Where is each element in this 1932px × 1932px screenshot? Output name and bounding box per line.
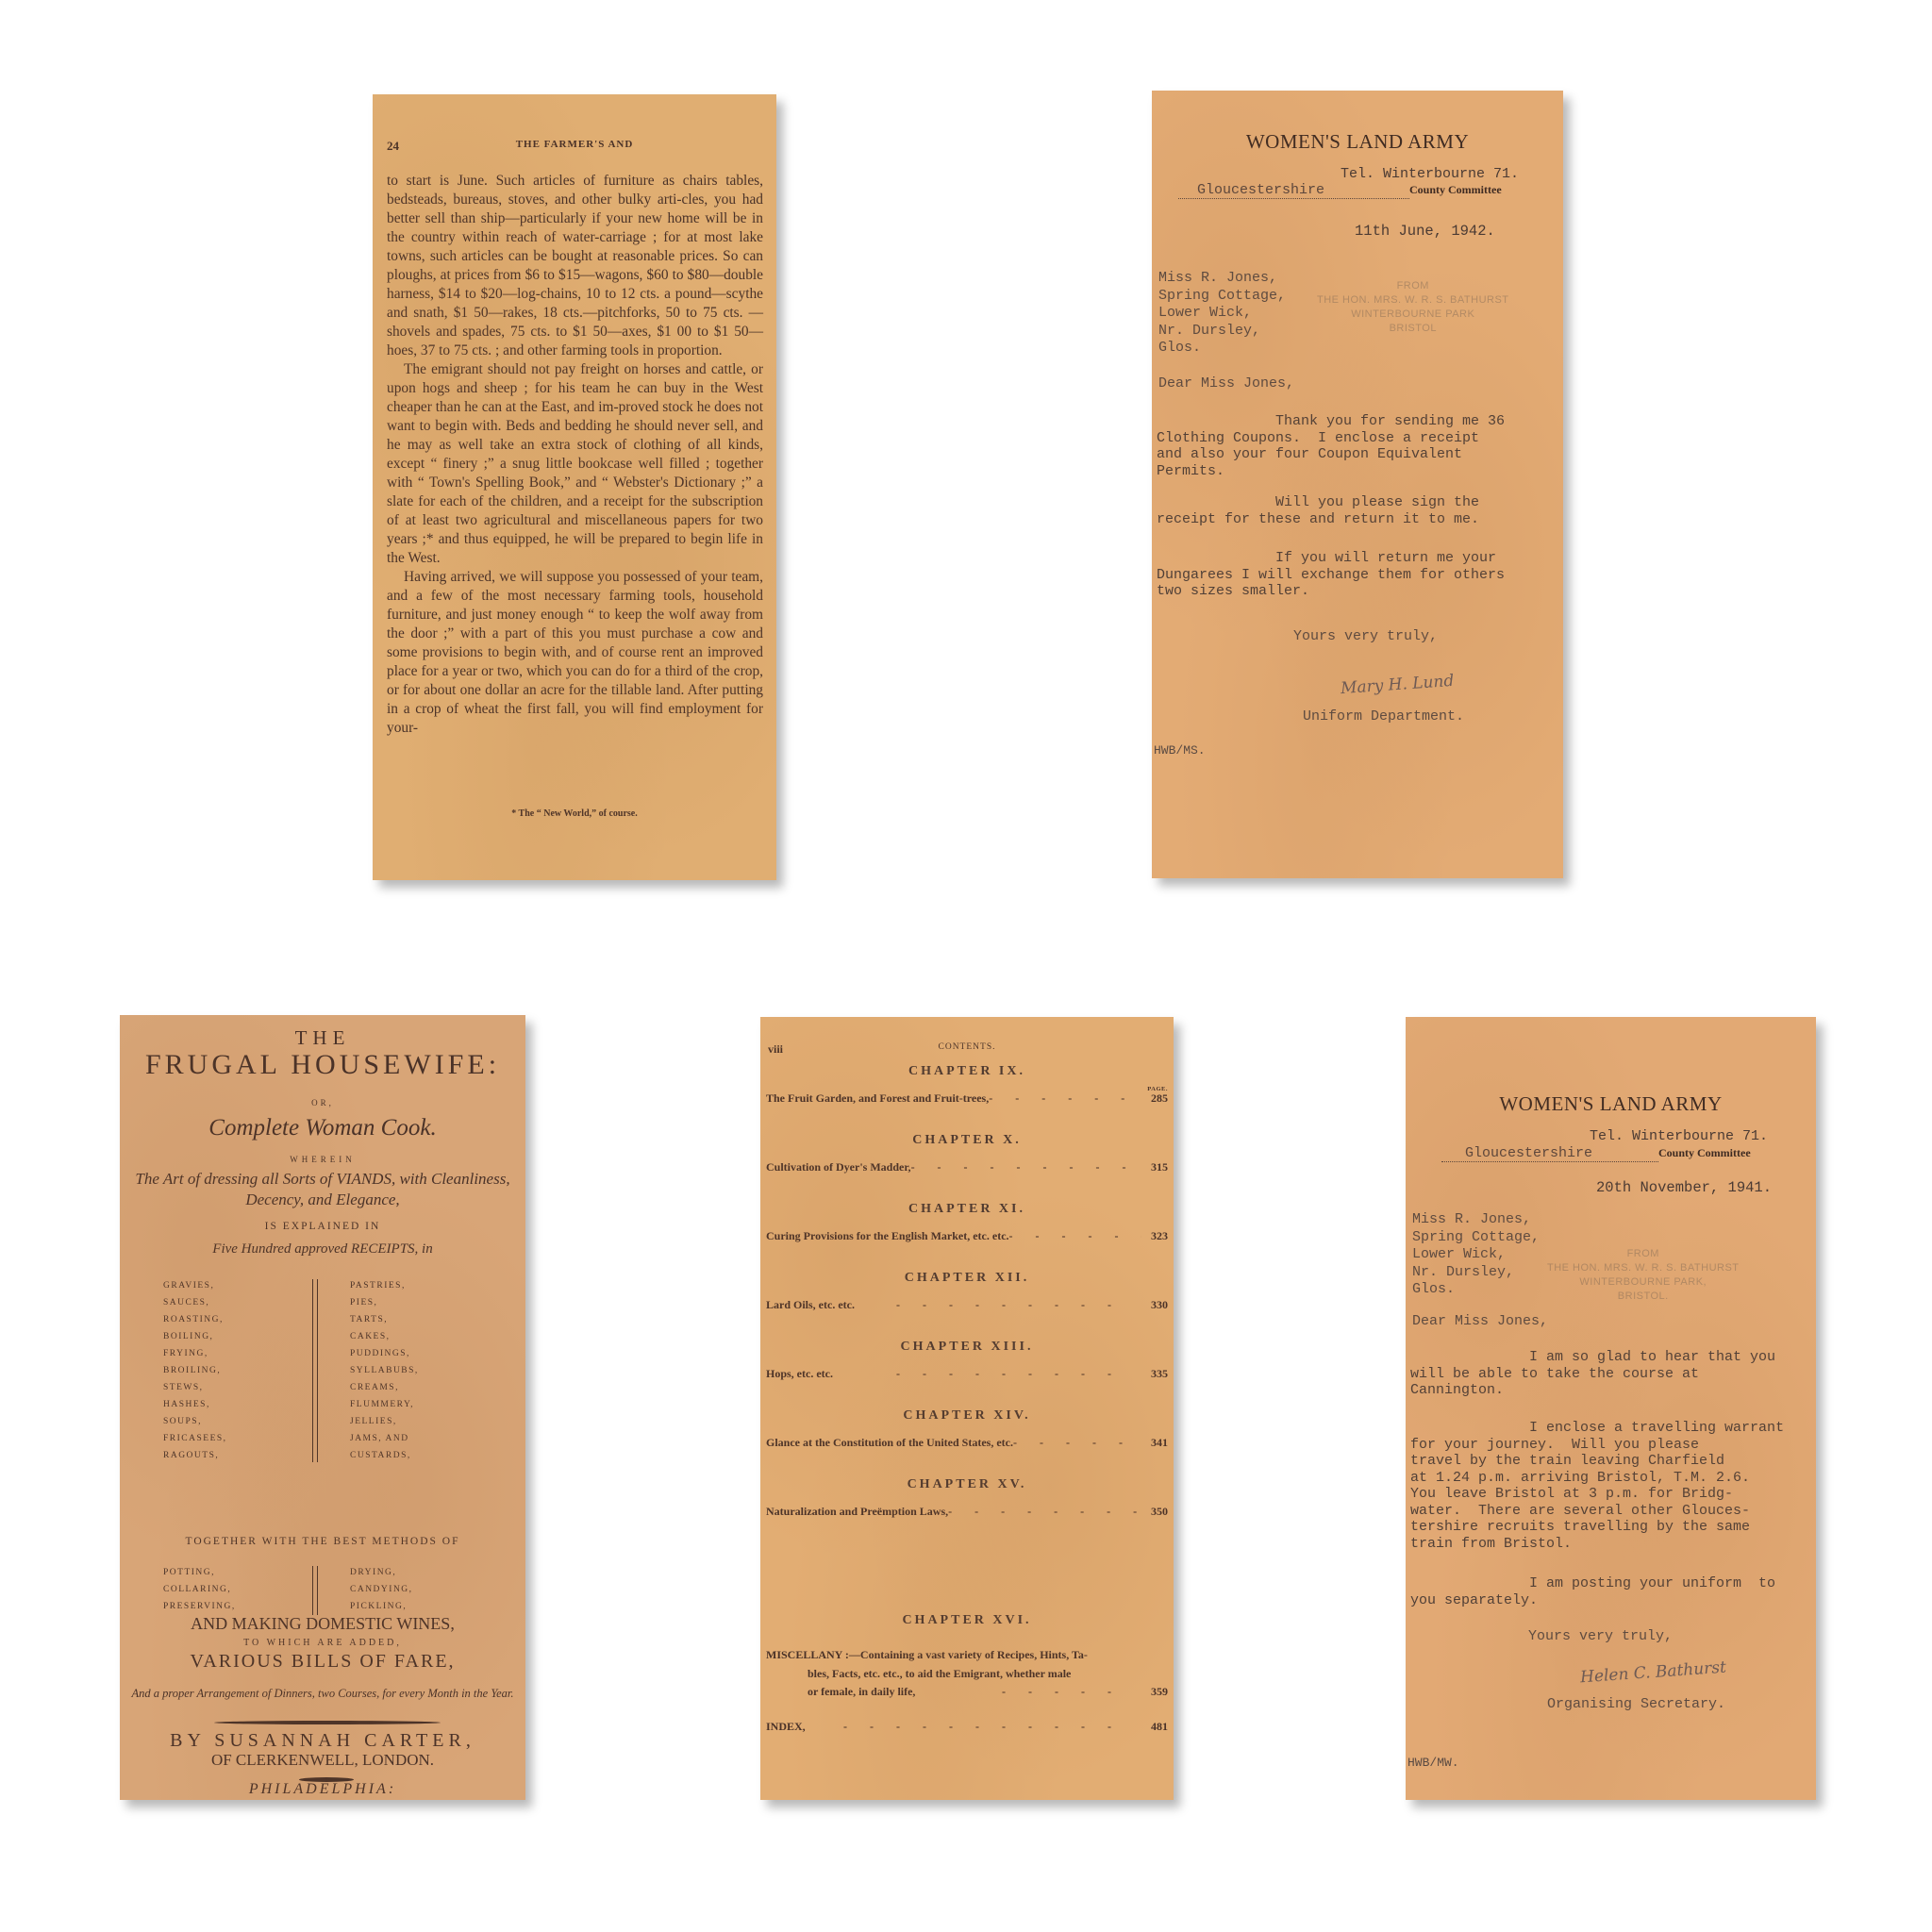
list-item: RAGOUTS, [163,1447,227,1464]
toc-entry: Curing Provisions for the English Market… [766,1229,1168,1243]
toc-entry: Naturalization and Preëmption Laws,-----… [766,1505,1168,1519]
entry-title: Naturalization and Preëmption Laws, [766,1505,948,1519]
list-item: CREAMS, [350,1379,419,1396]
methods-list-right: DRYING,CANDYING,PICKLING, [350,1564,413,1615]
miscellany-entry: MISCELLANY :—Containing a vast variety o… [766,1645,1168,1683]
list-item: STEWS, [163,1379,227,1396]
list-item: SYLLABUBS, [350,1362,419,1379]
list-item: HASHES, [163,1396,227,1413]
county-name: Gloucestershire [1178,182,1409,199]
letter-paragraph: If you will return me your Dungarees I w… [1157,550,1563,600]
running-head: THE FARMER'S AND [387,139,762,150]
county-committee-label: County Committee [1658,1146,1751,1159]
list-item: CUSTARDS, [350,1447,419,1464]
signatory-role: Organising Secretary. [1547,1696,1725,1712]
chapter-heading: CHAPTER XV. [760,1477,1174,1492]
list-item: BOILING, [163,1328,227,1345]
paragraph: The emigrant should not pay freight on h… [387,360,763,568]
entry-title: or female, in daily life, [808,1685,915,1699]
author: BY SUSANNAH CARTER, [120,1730,525,1752]
leader-dots: --------- [1009,1229,1141,1243]
closing: Yours very truly, [1528,1628,1673,1644]
to-which-added: TO WHICH ARE ADDED, [120,1638,525,1648]
letter-paragraph: I am so glad to hear that you will be ab… [1410,1349,1816,1399]
double-rule-divider [312,1566,318,1615]
list-item: JELLIES, [350,1413,419,1430]
toc-entry: Glance at the Constitution of the United… [766,1436,1168,1450]
page-body: to start is June. Such articles of furni… [387,172,763,738]
document-card-frugal-housewife: THE FRUGAL HOUSEWIFE: OR, Complete Woman… [120,1015,525,1800]
paragraph: to start is June. Such articles of furni… [387,172,763,360]
list-item: PASTRIES, [350,1277,419,1294]
list-item: POTTING, [163,1564,236,1581]
leader-dots: --------- [989,1091,1141,1106]
letter-date: 11th June, 1942. [1355,223,1495,240]
entry-title: Hops, etc. etc. [766,1367,833,1381]
entry-title: INDEX, [766,1720,806,1734]
signatory-role: Uniform Department. [1303,708,1464,724]
list-item: CANDYING, [350,1581,413,1598]
leader-dots: ----- [915,1685,1141,1699]
document-card-farmers-page: 24 THE FARMER'S AND to start is June. Su… [373,94,776,880]
leader-dots: --------- [833,1367,1141,1381]
entry-title: Cultivation of Dyer's Madder, [766,1160,911,1174]
entry-line: MISCELLANY :—Containing a vast variety o… [766,1645,1168,1664]
letter-paragraph: Will you please sign the receipt for the… [1157,494,1563,527]
entry-page: 481 [1141,1720,1168,1734]
chapter-heading: CHAPTER IX. [760,1064,1174,1079]
list-item: BROILING, [163,1362,227,1379]
letter-paragraph: I am posting your uniform to you separat… [1410,1575,1816,1608]
entry-line: bles, Facts, etc. etc., to aid the Emigr… [766,1664,1168,1683]
chapter-heading: CHAPTER XI. [760,1202,1174,1217]
arrangement: And a proper Arrangement of Dinners, two… [120,1685,525,1702]
double-rule-divider [312,1279,318,1462]
toc-entry: The Fruit Garden, and Forest and Fruit-t… [766,1091,1168,1106]
explained-in: IS EXPLAINED IN [120,1221,525,1232]
entry-page: 335 [1141,1367,1168,1381]
entry-page: 285 [1141,1091,1168,1106]
leader-dots: --------- [1013,1436,1141,1450]
list-item: PIES, [350,1294,419,1311]
recipe-list-left: GRAVIES,SAUCES,ROASTING,BOILING,FRYING,B… [163,1277,227,1464]
chapter-heading: CHAPTER X. [760,1133,1174,1148]
salutation: Dear Miss Jones, [1158,375,1294,391]
entry-page: 323 [1141,1229,1168,1243]
reference-code: HWB/MW. [1407,1756,1459,1770]
entry-page: 350 [1141,1505,1168,1519]
chapter-heading: CHAPTER XIV. [760,1408,1174,1424]
bills-of-fare: VARIOUS BILLS OF FARE, [120,1651,525,1673]
book-title: FRUGAL HOUSEWIFE: [120,1049,525,1081]
title-or: OR, [120,1098,525,1108]
leader-dots: --------- [948,1505,1141,1519]
entry-title: Glance at the Constitution of the United… [766,1436,1013,1450]
title-the: THE [120,1026,525,1050]
document-card-letter-november-1941: WOMEN'S LAND ARMY Tel. Winterbourne 71. … [1406,1017,1816,1800]
sender-stamp: FROM THE HON. MRS. W. R. S. BATHURST WIN… [1547,1247,1740,1304]
chapter-heading: CHAPTER XII. [760,1271,1174,1286]
list-item: JAMS, AND [350,1430,419,1447]
salutation: Dear Miss Jones, [1412,1313,1548,1329]
entry-page: 341 [1141,1436,1168,1450]
reference-code: HWB/MS. [1154,743,1206,758]
leader-dots: --------- [855,1298,1141,1312]
telephone: Tel. Winterbourne 71. [1590,1128,1768,1144]
entry-title: Lard Oils, etc. etc. [766,1298,855,1312]
signature: Mary H. Lund [1340,672,1454,698]
letterhead: WOMEN'S LAND ARMY [1406,1092,1816,1116]
list-item: FRICASEES, [163,1430,227,1447]
city: PHILADELPHIA: [120,1781,525,1798]
recipient-address: Miss R. Jones, Spring Cottage, Lower Wic… [1158,270,1286,358]
toc-entry: Lard Oils, etc. etc.---------330 [766,1298,1168,1312]
list-item: PUDDINGS, [350,1345,419,1362]
entry-page: 330 [1141,1298,1168,1312]
closing: Yours very truly, [1293,628,1438,644]
document-card-contents-page: viii CONTENTS. PAGE. CHAPTER IX.The Frui… [760,1017,1174,1800]
letterhead: WOMEN'S LAND ARMY [1152,130,1563,154]
county-line: GloucestershireCounty Committee [1178,182,1502,199]
ornamental-rule [214,1721,441,1724]
list-item: ROASTING, [163,1311,227,1328]
art-description: The Art of dressing all Sorts of VIANDS,… [120,1169,525,1210]
book-subtitle: Complete Woman Cook. [120,1115,525,1141]
chapter-heading: CHAPTER XVI. [760,1613,1174,1628]
recipient-address: Miss R. Jones, Spring Cottage, Lower Wic… [1412,1211,1540,1299]
toc-entry: Cultivation of Dyer's Madder,---------31… [766,1160,1168,1174]
list-item: FRYING, [163,1345,227,1362]
methods-list-left: POTTING,COLLARING,PRESERVING, [163,1564,236,1615]
toc-entry: Hops, etc. etc.---------335 [766,1367,1168,1381]
chapter-heading: CHAPTER XIII. [760,1340,1174,1355]
county-line: GloucestershireCounty Committee [1441,1145,1751,1162]
wherein: WHEREIN [120,1155,525,1164]
domestic-wines: AND MAKING DOMESTIC WINES, [120,1614,525,1634]
county-committee-label: County Committee [1409,183,1502,196]
leader-dots: --------- [911,1160,1141,1174]
list-item: SOUPS, [163,1413,227,1430]
receipts-line: Five Hundred approved RECEIPTS, in [120,1241,525,1257]
list-item: SAUCES, [163,1294,227,1311]
entry-title: Curing Provisions for the English Market… [766,1229,1009,1243]
paragraph: Having arrived, we will suppose you poss… [387,568,763,738]
leader-dots: ----------- [806,1720,1141,1734]
sender-stamp: FROM THE HON. MRS. W. R. S. BATHURST WIN… [1317,279,1509,336]
toc-entry: or female, in daily life, ----- 359 [808,1685,1168,1699]
document-card-letter-june-1942: WOMEN'S LAND ARMY Tel. Winterbourne 71. … [1152,91,1563,878]
letter-paragraph: Thank you for sending me 36 Clothing Cou… [1157,413,1563,479]
toc-entry-index: INDEX, ----------- 481 [766,1720,1168,1734]
letter-paragraph: I enclose a travelling warrant for your … [1410,1420,1816,1552]
entry-page: 315 [1141,1160,1168,1174]
entry-page: 359 [1141,1685,1168,1699]
running-head: CONTENTS. [764,1042,1170,1052]
running-header: 24 THE FARMER'S AND [387,139,762,158]
telephone: Tel. Winterbourne 71. [1341,166,1519,182]
entry-title: The Fruit Garden, and Forest and Fruit-t… [766,1091,989,1106]
author-place: OF CLERKENWELL, LONDON. [120,1751,525,1770]
list-item: FLUMMERY, [350,1396,419,1413]
letter-date: 20th November, 1941. [1596,1179,1772,1196]
list-item: CAKES, [350,1328,419,1345]
list-item: PICKLING, [350,1598,413,1615]
list-item: TARTS, [350,1311,419,1328]
list-item: GRAVIES, [163,1277,227,1294]
together-with: TOGETHER WITH THE BEST METHODS OF [120,1536,525,1547]
list-item: DRYING, [350,1564,413,1581]
county-name: Gloucestershire [1441,1145,1658,1162]
recipe-list-right: PASTRIES,PIES,TARTS,CAKES,PUDDINGS,SYLLA… [350,1277,419,1464]
signature: Helen C. Bathurst [1579,1658,1726,1688]
list-item: PRESERVING, [163,1598,236,1615]
list-item: COLLARING, [163,1581,236,1598]
footnote: * The “ New World,” of course. [373,808,776,819]
